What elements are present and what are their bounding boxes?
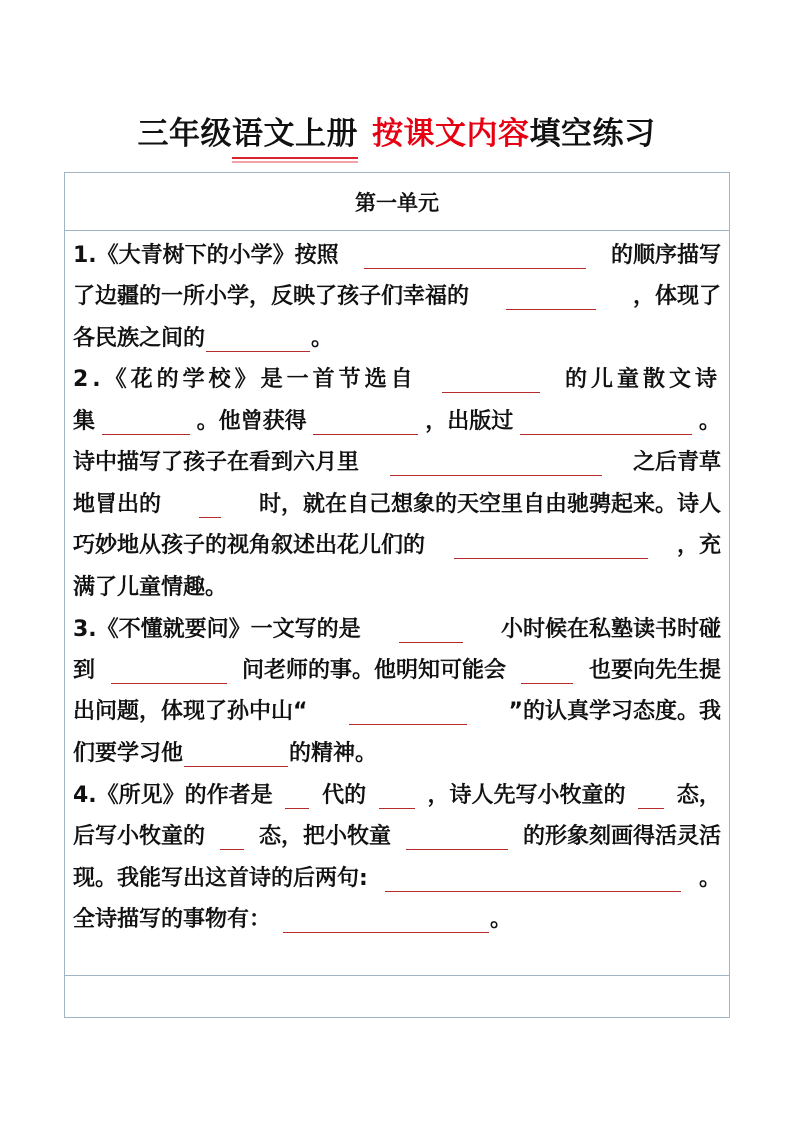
fill-blank[interactable] (285, 787, 309, 809)
q4-line4: 全诗描写的事物有： 。 (73, 905, 721, 935)
fill-blank[interactable] (220, 828, 244, 850)
q2-line1: 2.《花的学校》是一首节选自 的儿童散文诗 (73, 365, 721, 395)
text: 态，把小牧童 (259, 822, 391, 852)
text: 1.《大青树下的小学》按照 (73, 241, 339, 271)
text: 地冒出的 (73, 490, 161, 520)
fill-blank[interactable] (349, 703, 467, 725)
q1-line2: 了边疆的一所小学，反映了孩子们幸福的 ，体现了 (73, 282, 721, 312)
text: 满了儿童情趣。 (73, 573, 227, 603)
fill-blank[interactable] (521, 662, 573, 684)
text: 们要学习他 (73, 739, 183, 769)
text: 。他曾获得 (197, 407, 307, 437)
q2-line4: 地冒出的 时，就在自己想象的天空里自由驰骋起来。诗人 (73, 490, 721, 520)
empty-footer-row (65, 976, 729, 1017)
page-title: 三年级语文上册按课文内容填空练习 (0, 108, 793, 153)
fill-blank[interactable] (199, 496, 221, 518)
fill-blank[interactable] (379, 787, 415, 809)
text: 。 (311, 324, 333, 354)
fill-blank[interactable] (385, 870, 681, 892)
text: 小时候在私塾读书时碰 (501, 615, 721, 645)
text: ，体现了 (633, 282, 721, 312)
q1-line3: 各民族之间的 。 (73, 324, 721, 354)
q3-line4: 们要学习他 的精神。 (73, 739, 721, 769)
text: 时，就在自己想象的天空里自由驰骋起来。诗人 (259, 490, 721, 520)
fill-blank[interactable] (364, 247, 586, 269)
text: 到 (73, 656, 95, 686)
q2-line5: 巧妙地从孩子的视角叙述出花儿们的 ，充 (73, 531, 721, 561)
text: 巧妙地从孩子的视角叙述出花儿们的 (73, 531, 425, 561)
title-part-highlight-red: 按课文内容 (372, 116, 530, 152)
q4-line1: 4.《所见》的作者是 代的 ，诗人先写小牧童的 态， (73, 781, 721, 811)
text: 也要向先生提 (589, 656, 721, 686)
text: 4.《所见》的作者是 (73, 781, 273, 811)
text: 现。我能写出这首诗的后两句: (73, 864, 368, 894)
fill-blank[interactable] (442, 371, 540, 393)
worksheet-page: 三年级语文上册按课文内容填空练习 第一单元 1.《大青树下的小学》按照 的顺序描… (0, 0, 793, 1122)
exercise-body: 1.《大青树下的小学》按照 的顺序描写 了边疆的一所小学，反映了孩子们幸福的 ，… (65, 231, 729, 976)
text: 的精神。 (289, 739, 377, 769)
text: 2.《花的学校》是一首节选自 (73, 365, 417, 395)
title-part-subject-underlined: 语文上册 (232, 108, 358, 153)
text: ”的认真学习态度。我 (509, 697, 721, 727)
fill-blank[interactable] (406, 828, 508, 850)
text: 问老师的事。他明知可能会 (242, 656, 506, 686)
text: ，诗人先写小牧童的 (428, 781, 626, 811)
text: 代的 (322, 781, 366, 811)
fill-blank[interactable] (102, 413, 190, 435)
fill-blank[interactable] (313, 413, 418, 435)
title-part-exercise: 填空练习 (530, 116, 656, 152)
text: 3.《不懂就要问》一文写的是 (73, 615, 361, 645)
fill-blank[interactable] (111, 662, 227, 684)
text: 的形象刻画得活灵活 (523, 822, 721, 852)
text: 。 (699, 407, 721, 437)
q4-line2: 后写小牧童的 态，把小牧童 的形象刻画得活灵活 (73, 822, 721, 852)
fill-blank[interactable] (184, 745, 288, 767)
q2-line2: 集 。他曾获得 ，出版过 。 (73, 407, 721, 437)
fill-blank[interactable] (206, 330, 310, 352)
fill-blank[interactable] (390, 454, 602, 476)
q3-line2: 到 问老师的事。他明知可能会 也要向先生提 (73, 656, 721, 686)
text: 后写小牧童的 (73, 822, 205, 852)
fill-blank[interactable] (399, 621, 463, 643)
q2-line3: 诗中描写了孩子在看到六月里 之后青草 (73, 448, 721, 478)
q3-line3: 出问题，体现了孙中山“ ”的认真学习态度。我 (73, 697, 721, 727)
fill-blank[interactable] (506, 288, 596, 310)
text: 集 (73, 407, 95, 437)
q1-line1: 1.《大青树下的小学》按照 的顺序描写 (73, 241, 721, 271)
text: 诗中描写了孩子在看到六月里 (73, 448, 359, 478)
text: 的顺序描写 (611, 241, 721, 271)
text: 全诗描写的事物有： (73, 905, 271, 935)
unit-header: 第一单元 (65, 173, 729, 231)
exercise-table: 第一单元 1.《大青树下的小学》按照 的顺序描写 了边疆的一所小学，反映了孩子们… (64, 172, 730, 1018)
fill-blank[interactable] (454, 537, 648, 559)
text: ，出版过 (425, 407, 513, 437)
q2-line6: 满了儿童情趣。 (73, 573, 721, 603)
title-part-grade: 三年级 (138, 116, 233, 152)
text: 之后青草 (633, 448, 721, 478)
text: 。 (490, 905, 512, 935)
text: 态， (677, 781, 721, 811)
text: 各民族之间的 (73, 324, 205, 354)
text: 出问题，体现了孙中山“ (73, 697, 307, 727)
text: 了边疆的一所小学，反映了孩子们幸福的 (73, 282, 469, 312)
q4-line3: 现。我能写出这首诗的后两句: 。 (73, 864, 721, 894)
q3-line1: 3.《不懂就要问》一文写的是 小时候在私塾读书时碰 (73, 615, 721, 645)
text: 的儿童散文诗 (565, 365, 721, 395)
text: ，充 (677, 531, 721, 561)
text: 。 (699, 864, 721, 894)
fill-blank[interactable] (638, 787, 664, 809)
fill-blank[interactable] (283, 911, 489, 933)
fill-blank[interactable] (520, 413, 692, 435)
